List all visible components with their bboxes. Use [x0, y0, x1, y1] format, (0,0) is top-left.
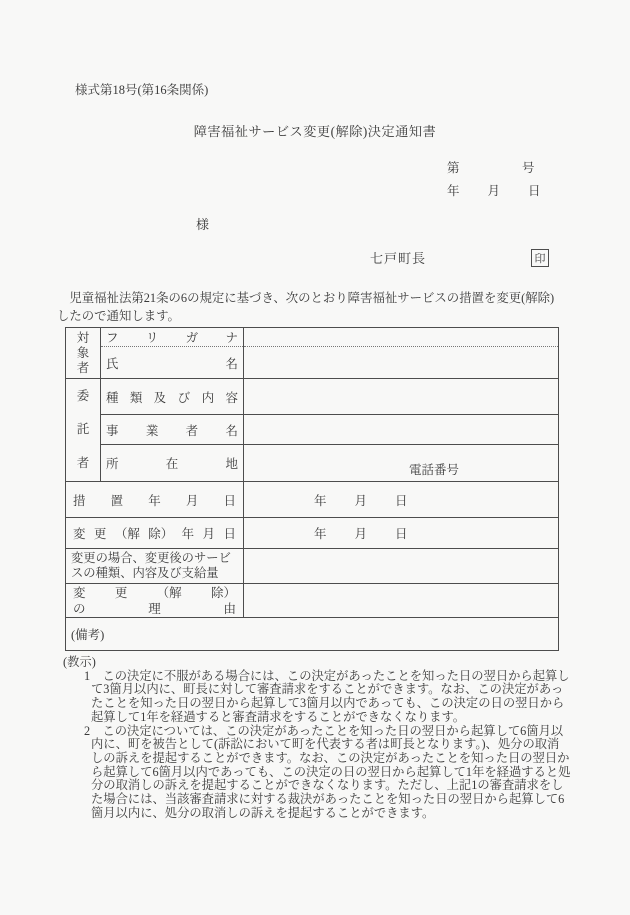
kyoji-item-1: 1 この決定に不服がある場合には、この決定があったことを知った日の翌日から起算し… — [63, 670, 570, 725]
placement-date-label-cell: 措置年月日 — [66, 482, 244, 518]
address-label-cell: 所在地 — [101, 445, 244, 482]
table-row: 委託者 種類及び内容 — [66, 379, 559, 415]
table-row: (備考) — [66, 618, 559, 651]
table-row: 変更（解除） の理由 — [66, 584, 559, 618]
kyoji-item-2: 2 この決定については、この決定があったことを知った日の翌日から起算して6箇月以… — [63, 725, 570, 821]
remarks-cell: (備考) — [66, 618, 559, 651]
service-kind-label-cell: 種類及び内容 — [101, 379, 244, 415]
post-change-service-value-cell — [244, 549, 559, 584]
table-row: 所在地 電話番号 — [66, 445, 559, 482]
change-reason-label-cell: 変更（解除） の理由 — [66, 584, 244, 618]
table-row: 措置年月日 年 月 日 — [66, 482, 559, 518]
body-paragraph: 児童福祉法第21条の6の規定に基づき、次のとおり障害福祉サービスの措置を変更(解… — [57, 290, 554, 325]
change-date-value-cell: 年 月 日 — [244, 518, 559, 549]
operator-name-value-cell — [244, 415, 559, 445]
address-value-cell: 電話番号 — [244, 445, 559, 482]
furigana-value-cell — [244, 328, 559, 347]
target-person-group-cell: 対象者 — [66, 328, 101, 379]
service-kind-value-cell — [244, 379, 559, 415]
notice-table: 対象者 フリガナ 氏名 委託者 種類及び内容 事業者名 — [65, 327, 559, 651]
remarks-label: (備考) — [66, 623, 558, 645]
kyoji-heading: (教示) — [63, 656, 570, 670]
table-row: 変更の場合、変更後のサービスの種類、内容及び支給量 — [66, 549, 559, 584]
document-page: 様式第18号(第16条関係) 障害福祉サービス変更(解除)決定通知書 第 号 年… — [0, 0, 630, 915]
document-date-line: 年 月 日 — [447, 181, 542, 199]
consignee-group-cell: 委託者 — [66, 379, 101, 482]
furigana-label-cell: フリガナ — [101, 328, 244, 347]
name-value-cell — [244, 347, 559, 379]
change-reason-value-cell — [244, 584, 559, 618]
phone-number-label: 電話番号 — [409, 460, 459, 478]
consignee-group-label: 委託者 — [66, 380, 100, 480]
seal-icon: 印 — [535, 250, 546, 266]
change-date-label-cell: 変更（解除）年月日 — [66, 518, 244, 549]
seal-box: 印 — [531, 249, 549, 267]
kyoji-section: (教示) 1 この決定に不服がある場合には、この決定があったことを知った日の翌日… — [63, 656, 570, 820]
placement-date-value-cell: 年 月 日 — [244, 482, 559, 518]
table-row: 氏名 — [66, 347, 559, 379]
page-title: 障害福祉サービス変更(解除)決定通知書 — [0, 121, 630, 140]
document-number-line: 第 号 — [447, 158, 535, 176]
issuer-title: 七戸町長 — [370, 248, 426, 267]
table-row: 対象者 フリガナ — [66, 328, 559, 347]
name-label-cell: 氏名 — [101, 347, 244, 379]
operator-name-label-cell: 事業者名 — [101, 415, 244, 445]
post-change-service-label-cell: 変更の場合、変更後のサービスの種類、内容及び支給量 — [66, 549, 244, 584]
addressee-honorific: 様 — [196, 214, 209, 233]
target-person-group-label: 対象者 — [66, 330, 100, 376]
table-row: 事業者名 — [66, 415, 559, 445]
form-number: 様式第18号(第16条関係) — [75, 80, 208, 98]
table-row: 変更（解除）年月日 年 月 日 — [66, 518, 559, 549]
